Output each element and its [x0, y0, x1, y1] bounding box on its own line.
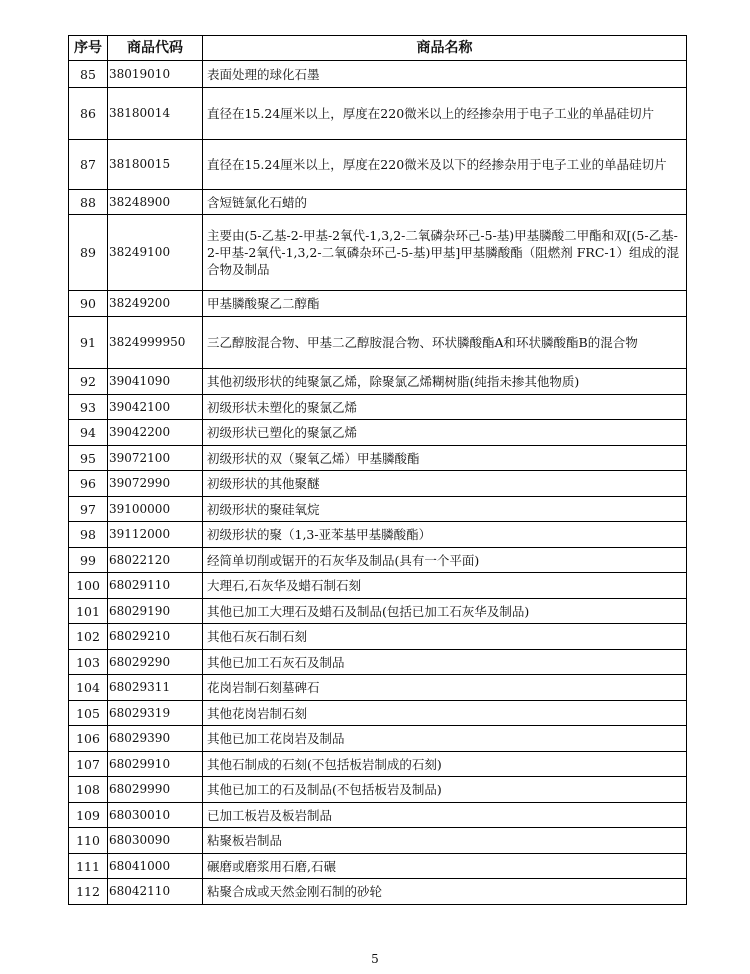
code-cell: 68042110 [108, 879, 203, 905]
code-cell: 38249200 [108, 291, 203, 317]
table-row: 9839112000初级形状的聚（1,3-亚苯基甲基膦酸酯） [69, 522, 687, 548]
seq-cell: 89 [69, 215, 108, 291]
name-cell: 初级形状未塑化的聚氯乙烯 [203, 395, 687, 420]
seq-cell: 97 [69, 497, 108, 522]
name-cell: 初级形状的其他聚醚 [203, 471, 687, 497]
name-cell: 初级形状的聚（1,3-亚苯基甲基膦酸酯） [203, 522, 687, 548]
header-code: 商品代码 [108, 36, 203, 61]
code-cell: 38180015 [108, 140, 203, 190]
name-cell: 主要由(5-乙基-2-甲基-2氧代-1,3,2-二氧磷杂环己-5-基)甲基膦酸二… [203, 215, 687, 291]
table-row: 8838248900含短链氯化石蜡的 [69, 190, 687, 215]
code-cell: 39112000 [108, 522, 203, 548]
name-cell: 其他花岗岩制石刻 [203, 701, 687, 726]
table-row: 10168029190其他已加工大理石及蜡石及制品(包括已加工石灰华及制品) [69, 599, 687, 624]
seq-cell: 90 [69, 291, 108, 317]
name-cell: 其他已加工的石及制品(不包括板岩及制品) [203, 777, 687, 803]
name-cell: 初级形状的双（聚氧乙烯）甲基膦酸酯 [203, 446, 687, 471]
name-cell: 经简单切削或锯开的石灰华及制品(具有一个平面) [203, 548, 687, 573]
code-cell: 68029190 [108, 599, 203, 624]
table-row: 8938249100主要由(5-乙基-2-甲基-2氧代-1,3,2-二氧磷杂环己… [69, 215, 687, 291]
code-cell: 68030010 [108, 803, 203, 828]
name-cell: 已加工板岩及板岩制品 [203, 803, 687, 828]
name-cell: 其他初级形状的纯聚氯乙烯，除聚氯乙烯糊树脂(纯指未掺其他物质) [203, 369, 687, 395]
code-cell: 39100000 [108, 497, 203, 522]
name-cell: 初级形状的聚硅氧烷 [203, 497, 687, 522]
name-cell: 三乙醇胺混合物、甲基二乙醇胺混合物、环状膦酸酯A和环状膦酸酯B的混合物 [203, 317, 687, 369]
code-cell: 38180014 [108, 88, 203, 140]
table-row: 10468029311花岗岩制石刻墓碑石 [69, 675, 687, 701]
header-seq: 序号 [69, 36, 108, 61]
table-row: 9968022120经简单切削或锯开的石灰华及制品(具有一个平面) [69, 548, 687, 573]
seq-cell: 102 [69, 624, 108, 650]
table-row: 10868029990其他已加工的石及制品(不包括板岩及制品) [69, 777, 687, 803]
table-row: 9539072100初级形状的双（聚氧乙烯）甲基膦酸酯 [69, 446, 687, 471]
seq-cell: 85 [69, 61, 108, 88]
name-cell: 粘聚板岩制品 [203, 828, 687, 854]
table-row: 10368029290其他已加工石灰石及制品 [69, 650, 687, 675]
code-cell: 39072990 [108, 471, 203, 497]
code-cell: 38248900 [108, 190, 203, 215]
seq-cell: 111 [69, 854, 108, 879]
seq-cell: 103 [69, 650, 108, 675]
seq-cell: 99 [69, 548, 108, 573]
code-cell: 68029990 [108, 777, 203, 803]
table-row: 9739100000初级形状的聚硅氧烷 [69, 497, 687, 522]
seq-cell: 98 [69, 522, 108, 548]
code-cell: 39041090 [108, 369, 203, 395]
code-cell: 38019010 [108, 61, 203, 88]
table-row: 8638180014直径在15.24厘米以上，厚度在220微米以上的经掺杂用于电… [69, 88, 687, 140]
table-header-row: 序号 商品代码 商品名称 [69, 36, 687, 61]
seq-cell: 86 [69, 88, 108, 140]
seq-cell: 101 [69, 599, 108, 624]
seq-cell: 93 [69, 395, 108, 420]
name-cell: 花岗岩制石刻墓碑石 [203, 675, 687, 701]
seq-cell: 106 [69, 726, 108, 752]
name-cell: 直径在15.24厘米以上，厚度在220微米以上的经掺杂用于电子工业的单晶硅切片 [203, 88, 687, 140]
code-cell: 3824999950 [108, 317, 203, 369]
seq-cell: 107 [69, 752, 108, 777]
table-row: 10968030010已加工板岩及板岩制品 [69, 803, 687, 828]
page-number: 5 [0, 952, 750, 966]
code-cell: 68022120 [108, 548, 203, 573]
code-cell: 39042200 [108, 420, 203, 446]
seq-cell: 91 [69, 317, 108, 369]
seq-cell: 87 [69, 140, 108, 190]
seq-cell: 110 [69, 828, 108, 854]
table-row: 10068029110大理石,石灰华及蜡石制石刻 [69, 573, 687, 599]
name-cell: 表面处理的球化石墨 [203, 61, 687, 88]
seq-cell: 108 [69, 777, 108, 803]
name-cell: 初级形状已塑化的聚氯乙烯 [203, 420, 687, 446]
code-cell: 68029290 [108, 650, 203, 675]
name-cell: 大理石,石灰华及蜡石制石刻 [203, 573, 687, 599]
code-cell: 68029910 [108, 752, 203, 777]
header-name: 商品名称 [203, 36, 687, 61]
code-cell: 39072100 [108, 446, 203, 471]
table-row: 10668029390其他已加工花岗岩及制品 [69, 726, 687, 752]
table-row: 9239041090其他初级形状的纯聚氯乙烯，除聚氯乙烯糊树脂(纯指未掺其他物质… [69, 369, 687, 395]
name-cell: 其他已加工花岗岩及制品 [203, 726, 687, 752]
table-row: 11168041000碾磨或磨浆用石磨,石碾 [69, 854, 687, 879]
table-row: 9038249200甲基膦酸聚乙二醇酯 [69, 291, 687, 317]
seq-cell: 94 [69, 420, 108, 446]
name-cell: 粘聚合成或天然金刚石制的砂轮 [203, 879, 687, 905]
seq-cell: 96 [69, 471, 108, 497]
code-cell: 38249100 [108, 215, 203, 291]
table-row: 9339042100初级形状未塑化的聚氯乙烯 [69, 395, 687, 420]
seq-cell: 100 [69, 573, 108, 599]
code-cell: 68041000 [108, 854, 203, 879]
name-cell: 其他石灰石制石刻 [203, 624, 687, 650]
table-row: 913824999950三乙醇胺混合物、甲基二乙醇胺混合物、环状膦酸酯A和环状膦… [69, 317, 687, 369]
seq-cell: 105 [69, 701, 108, 726]
table-row: 9439042200初级形状已塑化的聚氯乙烯 [69, 420, 687, 446]
table-row: 11068030090粘聚板岩制品 [69, 828, 687, 854]
seq-cell: 88 [69, 190, 108, 215]
code-cell: 68029319 [108, 701, 203, 726]
code-cell: 68030090 [108, 828, 203, 854]
code-cell: 68029110 [108, 573, 203, 599]
table-row: 10768029910其他石制成的石刻(不包括板岩制成的石刻) [69, 752, 687, 777]
table-row: 10268029210其他石灰石制石刻 [69, 624, 687, 650]
code-cell: 39042100 [108, 395, 203, 420]
name-cell: 含短链氯化石蜡的 [203, 190, 687, 215]
seq-cell: 95 [69, 446, 108, 471]
table-row: 9639072990初级形状的其他聚醚 [69, 471, 687, 497]
name-cell: 其他已加工大理石及蜡石及制品(包括已加工石灰华及制品) [203, 599, 687, 624]
name-cell: 甲基膦酸聚乙二醇酯 [203, 291, 687, 317]
table-row: 8738180015直径在15.24厘米以上，厚度在220微米及以下的经掺杂用于… [69, 140, 687, 190]
seq-cell: 104 [69, 675, 108, 701]
table-row: 8538019010表面处理的球化石墨 [69, 61, 687, 88]
code-cell: 68029390 [108, 726, 203, 752]
name-cell: 其他已加工石灰石及制品 [203, 650, 687, 675]
code-cell: 68029311 [108, 675, 203, 701]
name-cell: 其他石制成的石刻(不包括板岩制成的石刻) [203, 752, 687, 777]
goods-table: 序号 商品代码 商品名称 8538019010表面处理的球化石墨86381800… [68, 35, 687, 905]
code-cell: 68029210 [108, 624, 203, 650]
seq-cell: 112 [69, 879, 108, 905]
table-row: 11268042110粘聚合成或天然金刚石制的砂轮 [69, 879, 687, 905]
name-cell: 直径在15.24厘米以上，厚度在220微米及以下的经掺杂用于电子工业的单晶硅切片 [203, 140, 687, 190]
table-row: 10568029319其他花岗岩制石刻 [69, 701, 687, 726]
seq-cell: 92 [69, 369, 108, 395]
name-cell: 碾磨或磨浆用石磨,石碾 [203, 854, 687, 879]
seq-cell: 109 [69, 803, 108, 828]
